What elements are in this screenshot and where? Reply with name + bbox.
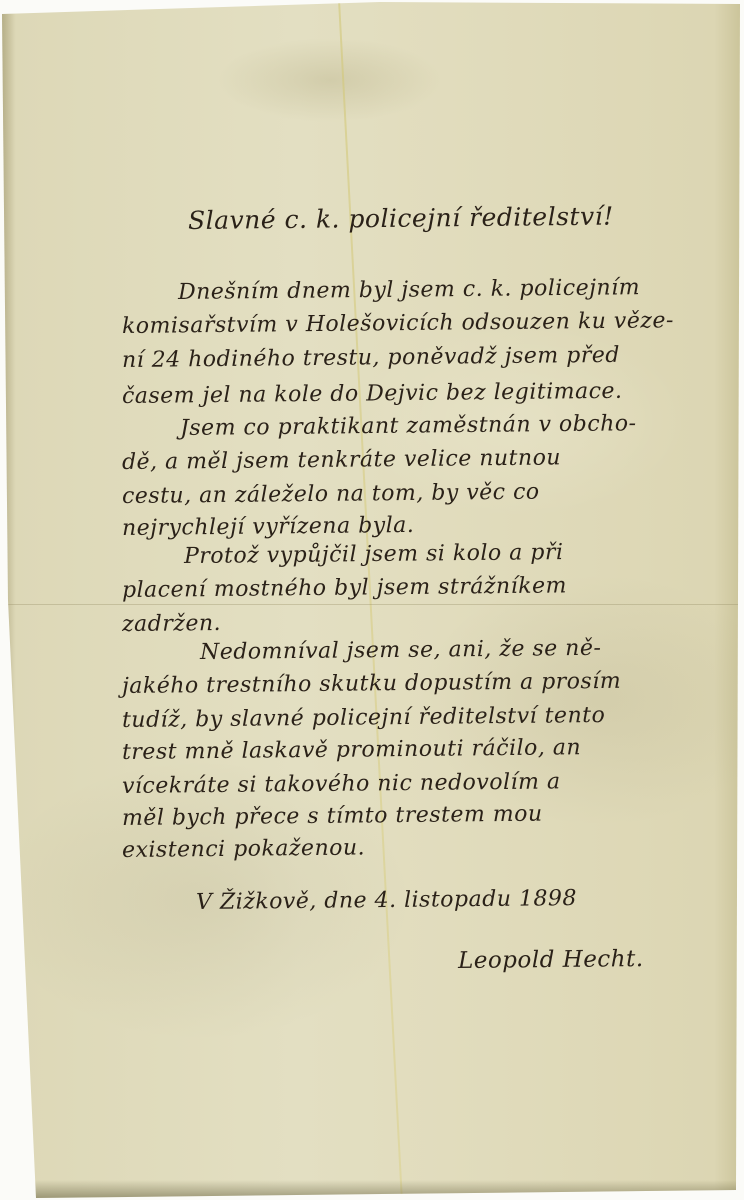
text-line: časem jel na kole do Dejvic bez legitima… bbox=[122, 379, 623, 409]
letter-body: Slavné c. k. policejní ředitelství! Dneš… bbox=[0, 0, 744, 1200]
text-line: měl bych přece s tímto trestem mou bbox=[122, 802, 543, 831]
text-line: placení mostného byl jsem strážníkem bbox=[122, 573, 567, 603]
text-line: trest mně laskavě prominouti ráčilo, an bbox=[122, 735, 581, 765]
text-line: dě, a měl jsem tenkráte velice nutnou bbox=[122, 445, 561, 475]
text-line: cestu, an záleželo na tom, by věc co bbox=[122, 480, 540, 509]
scanned-document: Slavné c. k. policejní ředitelství! Dneš… bbox=[0, 0, 744, 1200]
text-line: Jsem co praktikant zaměstnán v obcho- bbox=[180, 411, 637, 441]
text-line: zadržen. bbox=[122, 611, 221, 637]
text-line: Nedomníval jsem se, ani, že se ně- bbox=[200, 636, 602, 665]
text-line: jakého trestního skutku dopustím a prosí… bbox=[122, 669, 621, 699]
text-line: tudíž, by slavné policejní ředitelství t… bbox=[122, 703, 606, 733]
text-line: komisařstvím v Holešovicích odsouzen ku … bbox=[122, 308, 674, 339]
text-line: Protož vypůjčil jsem si kolo a při bbox=[184, 540, 564, 569]
text-line: nejrychlejí vyřízena byla. bbox=[122, 513, 415, 541]
place-and-date: V Žižkově, dne 4. listopadu 1898 bbox=[196, 886, 577, 915]
text-line: existenci pokaženou. bbox=[122, 835, 365, 863]
text-line: vícekráte si takového nic nedovolím a bbox=[122, 769, 561, 799]
signature: Leopold Hecht. bbox=[458, 946, 644, 974]
text-line: Dnešním dnem byl jsem c. k. policejním bbox=[178, 275, 640, 305]
salutation: Slavné c. k. policejní ředitelství! bbox=[188, 202, 614, 235]
text-line: ní 24 hodiného trestu, poněvadž jsem pře… bbox=[122, 343, 620, 373]
